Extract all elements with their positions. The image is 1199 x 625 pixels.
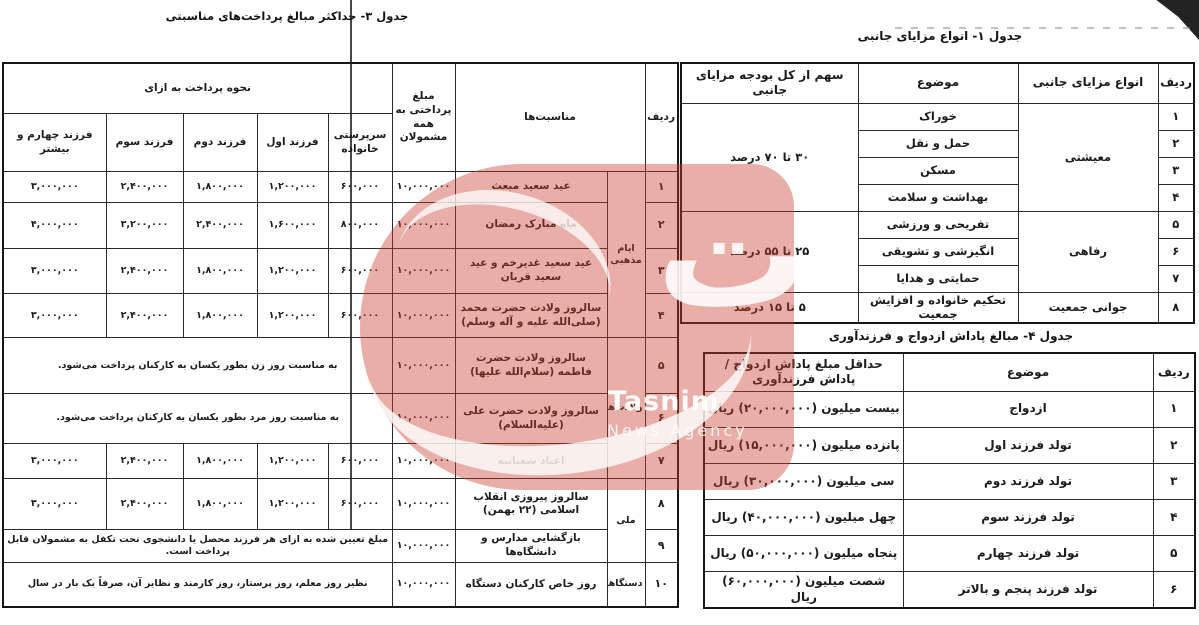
occasion-cell: سالروز ولادت حضرت فاطمه (سلام‌الله علیها…	[455, 338, 607, 393]
note-cell: مبلغ تعیین شده به ازای هر فرزند محصل یا …	[3, 529, 392, 562]
row-index-cell: ۱	[1153, 391, 1195, 427]
amount-cell: ۱,۸۰۰,۰۰۰	[183, 248, 257, 293]
amount-cell: ۲,۴۰۰,۰۰۰	[106, 479, 183, 529]
table-row: ردیفموضوعحداقل مبلغ پاداش ازدواج / پاداش…	[704, 353, 1195, 391]
row-index-cell: ۴	[645, 294, 678, 338]
amount-cell: ۲,۴۰۰,۰۰۰	[106, 172, 183, 202]
amount-cell: ۳,۲۰۰,۰۰۰	[106, 202, 183, 248]
column-header: مبلغ پرداختی به همه مشمولان	[392, 63, 455, 172]
column-header: موضوع	[903, 353, 1153, 391]
subject-cell: ازدواج	[903, 391, 1153, 427]
table-row: ۵ولادت‌هاسالروز ولادت حضرت فاطمه (سلام‌ا…	[3, 338, 678, 393]
amount-cell: ۳,۰۰۰,۰۰۰	[3, 172, 106, 202]
category-cell: ایام مذهبی	[607, 172, 645, 338]
amount-cell: ۱۰,۰۰۰,۰۰۰	[392, 172, 455, 202]
group-header: نحوه پرداخت به ازای	[3, 63, 392, 113]
table3-title: جدول ۳- حداکثر مبالغ پرداخت‌های مناسبتی	[166, 9, 409, 23]
subject-cell: انگیزشی و تشویقی	[858, 238, 1018, 265]
table-row: ۶سالروز ولادت حضرت علی (علیه‌السلام)۱۰,۰…	[3, 393, 678, 443]
row-index-cell: ۸	[1158, 292, 1194, 323]
amount-cell: ۲,۴۰۰,۰۰۰	[106, 294, 183, 338]
benefit-type-cell: جوانی جمعیت	[1018, 292, 1158, 323]
marriage-childbirth-bonus-table-container: ردیفموضوعحداقل مبلغ پاداش ازدواج / پاداش…	[705, 352, 1196, 609]
marriage-childbirth-bonus-table: ردیفموضوعحداقل مبلغ پاداش ازدواج / پاداش…	[703, 352, 1196, 609]
amount-cell: ۳,۰۰۰,۰۰۰	[3, 294, 106, 338]
scan-corner-artifact	[1147, 0, 1199, 40]
occasion-cell: سالروز ولادت حضرت علی (علیه‌السلام)	[455, 393, 607, 443]
amount-cell: ۱۰,۰۰۰,۰۰۰	[392, 479, 455, 529]
subject-cell: تفریحی و ورزشی	[858, 211, 1018, 238]
amount-cell: ۱۰,۰۰۰,۰۰۰	[392, 294, 455, 338]
row-index-cell: ۳	[645, 248, 678, 293]
occasion-cell: سالروز پیروزی انقلاب اسلامی (۲۲ بهمن)	[455, 479, 607, 529]
table4-title: جدول ۴- مبالغ پاداش ازدواج و فرزندآوری	[829, 329, 1073, 343]
subject-cell: خوراک	[858, 103, 1018, 130]
subject-cell: حمایتی و هدایا	[858, 265, 1018, 292]
table1-title: جدول ۱- انواع مزایای جانبی	[858, 29, 1023, 43]
amount-cell: ۱,۸۰۰,۰۰۰	[183, 172, 257, 202]
amount-cell: ۶۰۰,۰۰۰	[328, 248, 392, 293]
amount-cell: ۱,۸۰۰,۰۰۰	[183, 294, 257, 338]
amount-cell: ۶۰۰,۰۰۰	[328, 294, 392, 338]
column-header: ردیف	[1153, 353, 1195, 391]
amount-cell: ۳,۰۰۰,۰۰۰	[3, 444, 106, 479]
occasion-cell: سالروز ولادت حضرت محمد (صلی‌الله علیه و …	[455, 294, 607, 338]
category-cell: دستگاهی	[607, 563, 645, 607]
amount-cell: ۳,۰۰۰,۰۰۰	[3, 479, 106, 529]
amount-cell: ۱,۸۰۰,۰۰۰	[183, 444, 257, 479]
benefit-type-cell: معیشتی	[1018, 103, 1158, 211]
occasion-cell: عید سعید غدیرخم و عید سعید قربان	[455, 248, 607, 293]
subject-cell: تولد فرزند دوم	[903, 463, 1153, 499]
budget-share-cell: ۵ تا ۱۵ درصد	[681, 292, 858, 323]
column-header: ردیف	[645, 63, 678, 172]
column-header: فرزند اول	[257, 113, 328, 171]
column-header: مناسبت‌ها	[455, 63, 645, 172]
table-row: ۳عید سعید غدیرخم و عید سعید قربان۱۰,۰۰۰,…	[3, 248, 678, 293]
subject-cell: تولد فرزند چهارم	[903, 536, 1153, 572]
row-index-cell: ۶	[1158, 238, 1194, 265]
column-header: موضوع	[858, 63, 1018, 103]
subject-cell: مسکن	[858, 157, 1018, 184]
amount-cell: پانزده میلیون (۱۵,۰۰۰,۰۰۰) ریال	[704, 427, 903, 463]
table-row: ۳تولد فرزند دومسی میلیون (۳۰,۰۰۰,۰۰۰) ری…	[704, 463, 1195, 499]
table-row: ۸جوانی جمعیتتحکیم خانواده و افزایش جمعیت…	[681, 292, 1194, 323]
row-index-cell: ۱	[645, 172, 678, 202]
row-index-cell: ۸	[645, 479, 678, 529]
row-index-cell: ۶	[645, 393, 678, 443]
amount-cell: سی میلیون (۳۰,۰۰۰,۰۰۰) ریال	[704, 463, 903, 499]
table-row: ۱۰دستگاهیروز خاص کارکنان دستگاه۱۰,۰۰۰,۰۰…	[3, 563, 678, 607]
row-index-cell: ۳	[1153, 463, 1195, 499]
subject-cell: تولد فرزند اول	[903, 427, 1153, 463]
column-header: سرپرستی خانواده	[328, 113, 392, 171]
amount-cell: شصت میلیون (۶۰,۰۰۰,۰۰۰) ریال	[704, 572, 903, 608]
column-header: فرزند دوم	[183, 113, 257, 171]
amount-cell: ۶۰۰,۰۰۰	[328, 479, 392, 529]
row-index-cell: ۷	[645, 444, 678, 479]
category-cell: ولادت‌ها	[607, 338, 645, 479]
row-index-cell: ۴	[1153, 500, 1195, 536]
subject-cell: تولد فرزند سوم	[903, 500, 1153, 536]
amount-cell: ۱,۲۰۰,۰۰۰	[257, 479, 328, 529]
column-header: فرزند چهارم و بیشتر	[3, 113, 106, 171]
table-row: ۴سالروز ولادت حضرت محمد (صلی‌الله علیه و…	[3, 294, 678, 338]
amount-cell: ۸۰۰,۰۰۰	[328, 202, 392, 248]
column-header: فرزند سوم	[106, 113, 183, 171]
note-cell: نظیر روز معلم، روز پرستار، روز کارمند و …	[3, 563, 392, 607]
row-index-cell: ۱	[1158, 103, 1194, 130]
table-row: ۸ملیسالروز پیروزی انقلاب اسلامی (۲۲ بهمن…	[3, 479, 678, 529]
scan-dashed-artifact	[895, 27, 1190, 29]
row-index-cell: ۴	[1158, 184, 1194, 211]
paper-fold-line	[350, 0, 352, 530]
amount-cell: ۱۰,۰۰۰,۰۰۰	[392, 338, 455, 393]
amount-cell: ۱,۶۰۰,۰۰۰	[257, 202, 328, 248]
occasion-cell: بازگشایی مدارس و دانشگاه‌ها	[455, 529, 607, 562]
column-header: ردیف	[1158, 63, 1194, 103]
category-cell: ملی	[607, 479, 645, 563]
row-index-cell: ۳	[1158, 157, 1194, 184]
amount-cell: ۲,۴۰۰,۰۰۰	[106, 444, 183, 479]
table-row: ۱ازدواجبیست میلیون (۲۰,۰۰۰,۰۰۰) ریال	[704, 391, 1195, 427]
note-cell: به مناسبت روز مرد بطور یکسان به کارکنان …	[3, 393, 392, 443]
column-header: حداقل مبلغ پاداش ازدواج / پاداش فرزندآور…	[704, 353, 903, 391]
budget-share-cell: ۳۰ تا ۷۰ درصد	[681, 103, 858, 211]
table-row: ۹بازگشایی مدارس و دانشگاه‌ها۱۰,۰۰۰,۰۰۰مب…	[3, 529, 678, 562]
note-cell: به مناسبت روز زن بطور یکسان به کارکنان پ…	[3, 338, 392, 393]
amount-cell: ۱۰,۰۰۰,۰۰۰	[392, 444, 455, 479]
amount-cell: پنجاه میلیون (۵۰,۰۰۰,۰۰۰) ریال	[704, 536, 903, 572]
amount-cell: ۱,۲۰۰,۰۰۰	[257, 444, 328, 479]
column-header: انواع مزایای جانبی	[1018, 63, 1158, 103]
amount-cell: چهل میلیون (۴۰,۰۰۰,۰۰۰) ریال	[704, 500, 903, 536]
amount-cell: بیست میلیون (۲۰,۰۰۰,۰۰۰) ریال	[704, 391, 903, 427]
row-index-cell: ۵	[645, 338, 678, 393]
amount-cell: ۱۰,۰۰۰,۰۰۰	[392, 202, 455, 248]
amount-cell: ۲,۴۰۰,۰۰۰	[183, 202, 257, 248]
table-row: ۶تولد فرزند پنجم و بالاترشصت میلیون (۶۰,…	[704, 572, 1195, 608]
table-row: ۵رفاهیتفریحی و ورزشی۲۵ تا ۵۵ درصد	[681, 211, 1194, 238]
row-index-cell: ۱۰	[645, 563, 678, 607]
column-header: سهم از کل بودجه مزایای جانبی	[681, 63, 858, 103]
amount-cell: ۱۰,۰۰۰,۰۰۰	[392, 529, 455, 562]
table-row: ردیفمناسبت‌هامبلغ پرداختی به همه مشمولان…	[3, 63, 678, 113]
amount-cell: ۱۰,۰۰۰,۰۰۰	[392, 563, 455, 607]
subject-cell: بهداشت و سلامت	[858, 184, 1018, 211]
row-index-cell: ۵	[1158, 211, 1194, 238]
row-index-cell: ۷	[1158, 265, 1194, 292]
amount-cell: ۲,۴۰۰,۰۰۰	[106, 248, 183, 293]
amount-cell: ۱,۲۰۰,۰۰۰	[257, 248, 328, 293]
table-row: ردیفانواع مزایای جانبیموضوعسهم از کل بود…	[681, 63, 1194, 103]
occasional-payments-table-container: ردیفمناسبت‌هامبلغ پرداختی به همه مشمولان…	[4, 62, 679, 608]
table-row: ۲ماه مبارک رمضان۱۰,۰۰۰,۰۰۰۸۰۰,۰۰۰۱,۶۰۰,۰…	[3, 202, 678, 248]
amount-cell: ۱,۸۰۰,۰۰۰	[183, 479, 257, 529]
occasion-cell: ماه مبارک رمضان	[455, 202, 607, 248]
occasional-payments-table: ردیفمناسبت‌هامبلغ پرداختی به همه مشمولان…	[2, 62, 679, 608]
benefit-types-table-container: ردیفانواع مزایای جانبیموضوعسهم از کل بود…	[682, 62, 1195, 319]
row-index-cell: ۹	[645, 529, 678, 562]
amount-cell: ۱۰,۰۰۰,۰۰۰	[392, 248, 455, 293]
table-row: ۷اعیاد شعبانیه۱۰,۰۰۰,۰۰۰۶۰۰,۰۰۰۱,۲۰۰,۰۰۰…	[3, 444, 678, 479]
row-index-cell: ۶	[1153, 572, 1195, 608]
table-row: ۱معیشتیخوراک۳۰ تا ۷۰ درصد	[681, 103, 1194, 130]
table-row: ۵تولد فرزند چهارمپنجاه میلیون (۵۰,۰۰۰,۰۰…	[704, 536, 1195, 572]
row-index-cell: ۲	[1158, 130, 1194, 157]
subject-cell: تحکیم خانواده و افزایش جمعیت	[858, 292, 1018, 323]
amount-cell: ۶۰۰,۰۰۰	[328, 444, 392, 479]
subject-cell: حمل و نقل	[858, 130, 1018, 157]
occasion-cell: اعیاد شعبانیه	[455, 444, 607, 479]
occasion-cell: عید سعید مبعث	[455, 172, 607, 202]
occasion-cell: روز خاص کارکنان دستگاه	[455, 563, 607, 607]
table-row: ۴تولد فرزند سومچهل میلیون (۴۰,۰۰۰,۰۰۰) ر…	[704, 500, 1195, 536]
amount-cell: ۴,۰۰۰,۰۰۰	[3, 202, 106, 248]
table-row: ۱ایام مذهبیعید سعید مبعث۱۰,۰۰۰,۰۰۰۶۰۰,۰۰…	[3, 172, 678, 202]
subject-cell: تولد فرزند پنجم و بالاتر	[903, 572, 1153, 608]
amount-cell: ۱,۲۰۰,۰۰۰	[257, 294, 328, 338]
row-index-cell: ۲	[1153, 427, 1195, 463]
table-row: ۲تولد فرزند اولپانزده میلیون (۱۵,۰۰۰,۰۰۰…	[704, 427, 1195, 463]
amount-cell: ۱۰,۰۰۰,۰۰۰	[392, 393, 455, 443]
benefit-type-cell: رفاهی	[1018, 211, 1158, 292]
document-scan: جدول ۳- حداکثر مبالغ پرداخت‌های مناسبتی …	[0, 0, 1199, 625]
amount-cell: ۱,۲۰۰,۰۰۰	[257, 172, 328, 202]
amount-cell: ۶۰۰,۰۰۰	[328, 172, 392, 202]
row-index-cell: ۵	[1153, 536, 1195, 572]
row-index-cell: ۲	[645, 202, 678, 248]
benefit-types-table: ردیفانواع مزایای جانبیموضوعسهم از کل بود…	[680, 62, 1195, 324]
budget-share-cell: ۲۵ تا ۵۵ درصد	[681, 211, 858, 292]
amount-cell: ۳,۰۰۰,۰۰۰	[3, 248, 106, 293]
